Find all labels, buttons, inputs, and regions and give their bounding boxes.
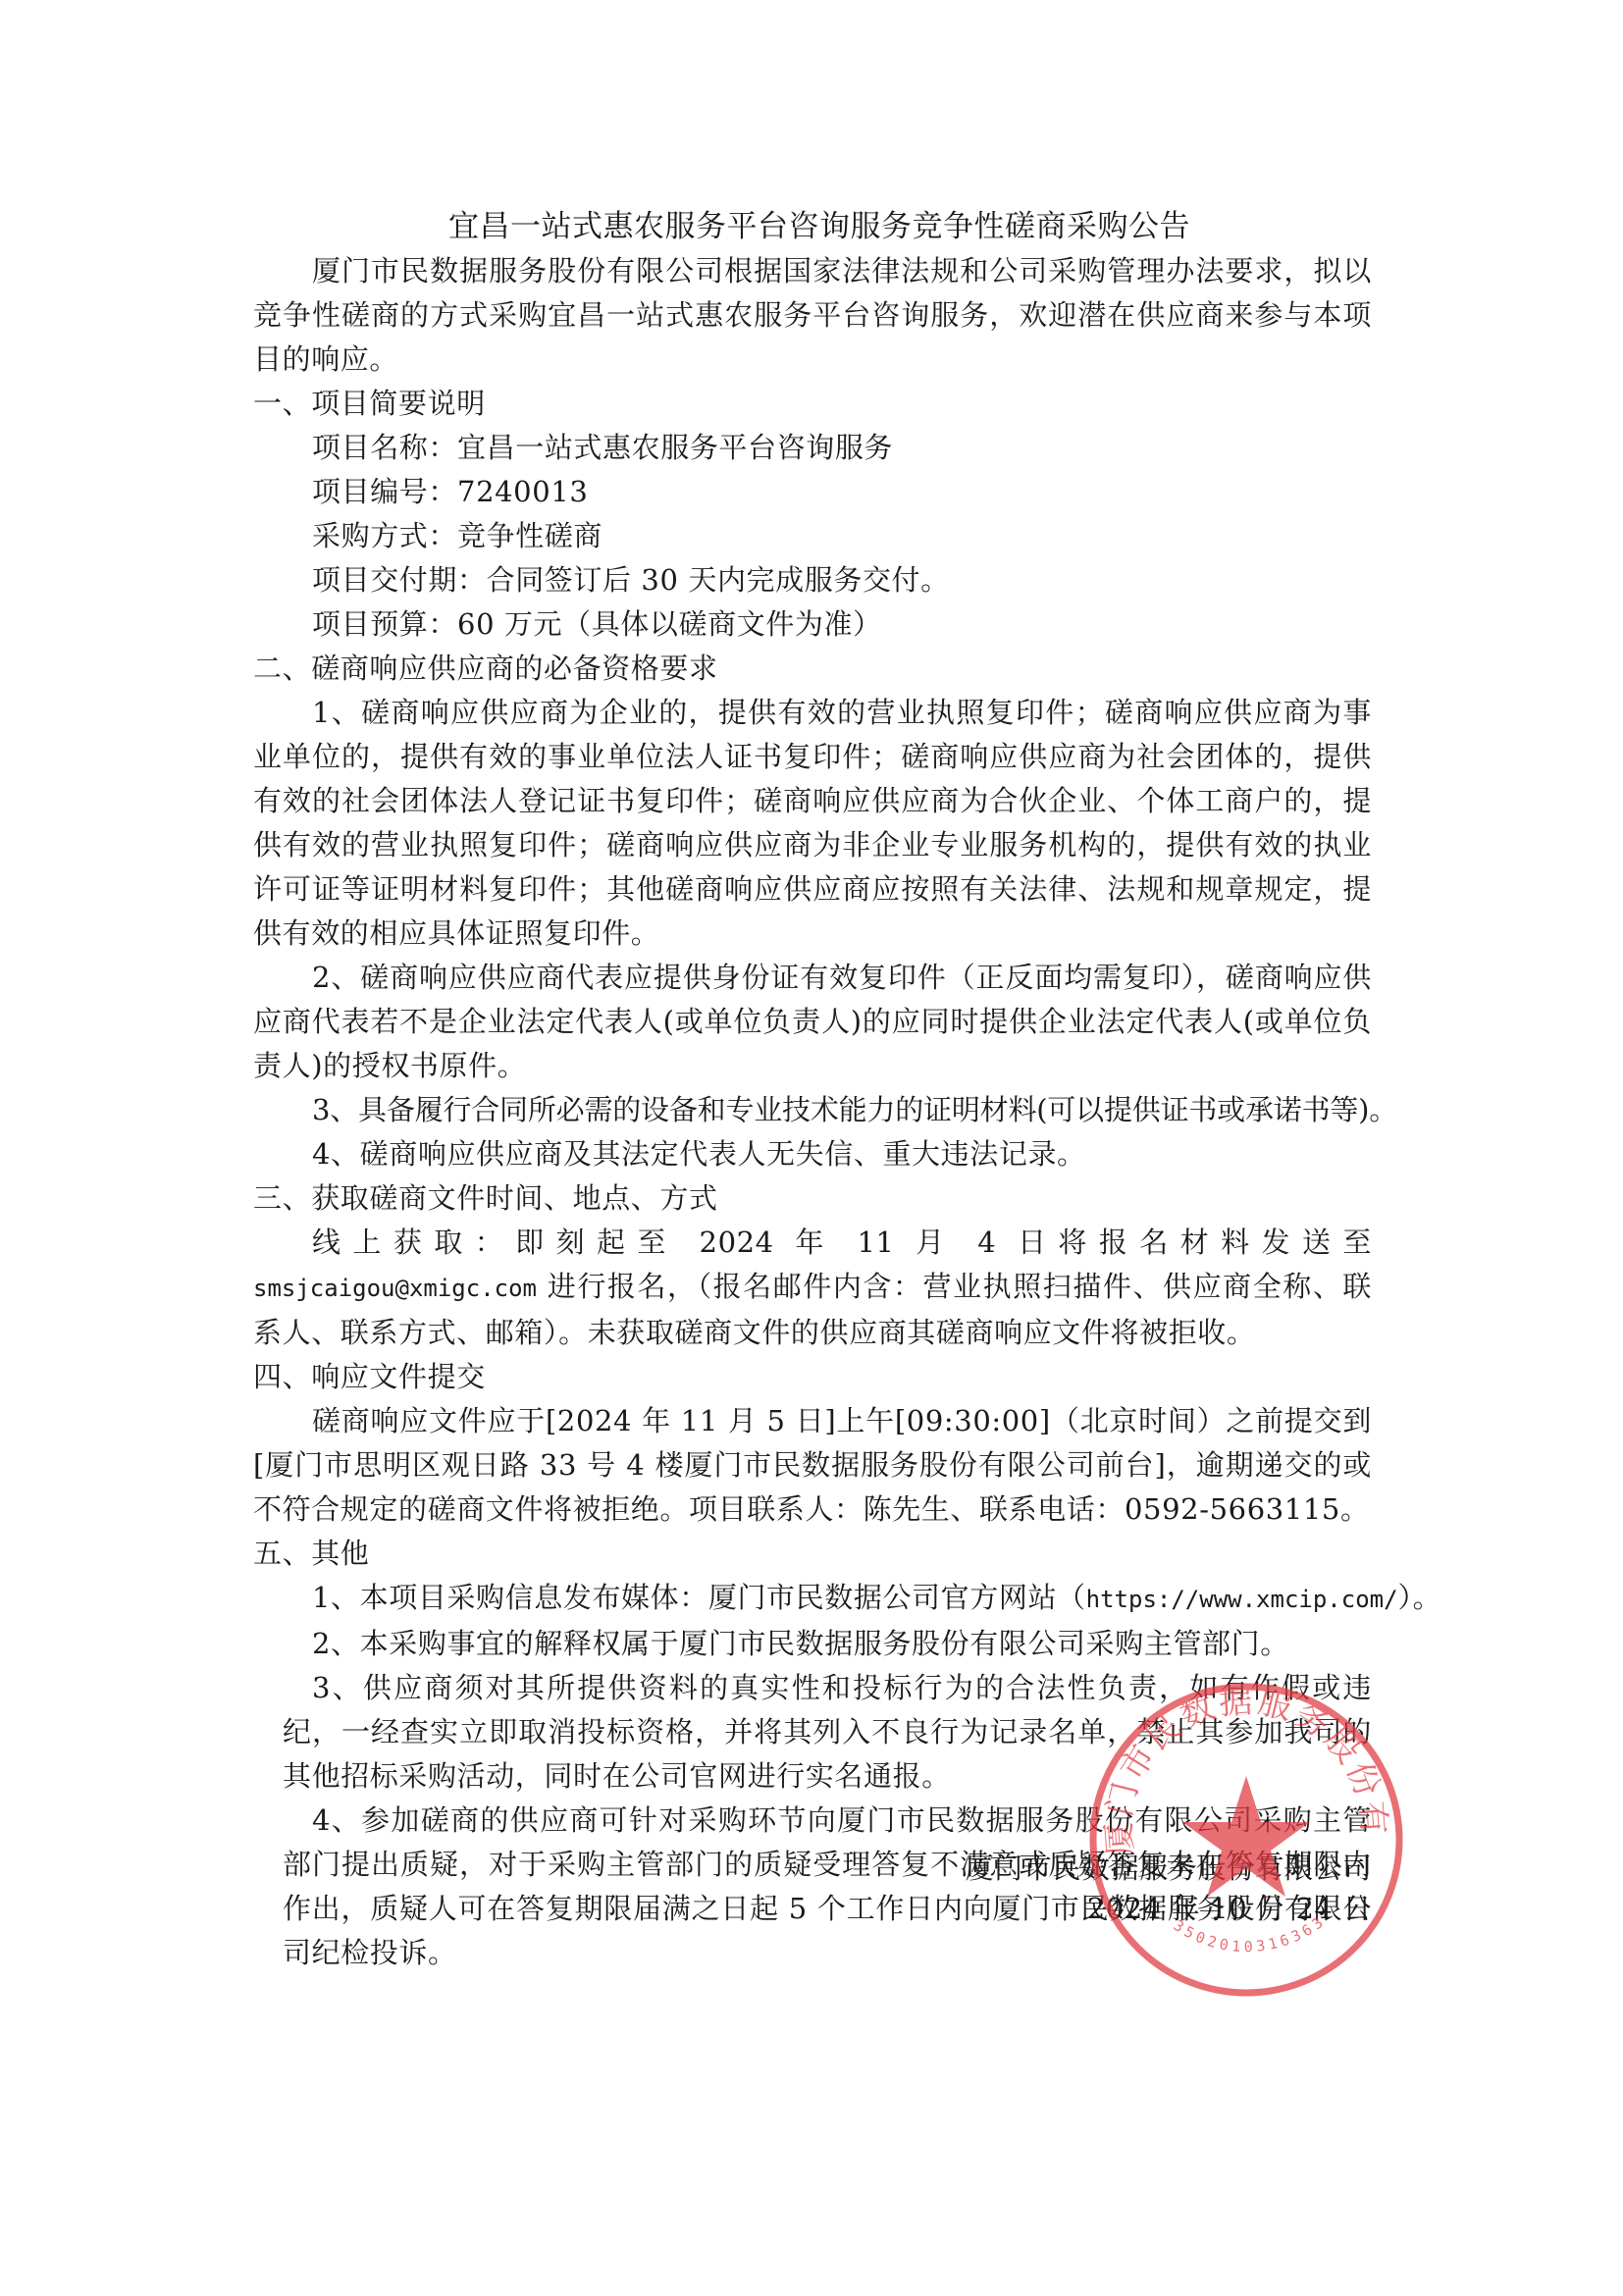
- qualification-item-4: 4、磋商响应供应商及其法定代表人无失信、重大违法记录。: [253, 1132, 1372, 1176]
- signature-company: 厦门市民数据服务股份有限公司: [253, 1850, 1372, 1887]
- obtain-text-prefix: 线上获取：即刻起至 2024 年 11 月 4 日将报名材料发送至: [312, 1226, 1372, 1259]
- qualification-item-3: 3、具备履行合同所必需的设备和专业技术能力的证明材料(可以提供证书或承诺书等)。: [253, 1088, 1372, 1132]
- other-item-1-prefix: 1、本项目采购信息发布媒体：厦门市民数据公司官方网站（: [312, 1581, 1086, 1614]
- field-procurement-method: 采购方式：竞争性磋商: [253, 514, 1372, 558]
- field-value: 宜昌一站式惠农服务平台咨询服务: [457, 431, 893, 464]
- section-heading-3: 三、获取磋商文件时间、地点、方式: [253, 1176, 1372, 1221]
- signature-date: 2024 年 10 月 24 日: [253, 1890, 1372, 1927]
- qualification-item-2: 2、磋商响应供应商代表应提供身份证有效复印件（正反面均需复印），磋商响应供应商代…: [253, 956, 1372, 1088]
- section-heading-4: 四、响应文件提交: [253, 1355, 1372, 1399]
- other-item-2: 2、本采购事宜的解释权属于厦门市民数据服务股份有限公司采购主管部门。: [253, 1622, 1372, 1666]
- field-label: 项目交付期：: [312, 563, 487, 597]
- document-title: 宜昌一站式惠农服务平台咨询服务竞争性磋商采购公告: [267, 204, 1372, 249]
- submission-paragraph: 磋商响应文件应于[2024 年 11 月 5 日]上午[09:30:00]（北京…: [253, 1399, 1372, 1532]
- other-item-1: 1、本项目采购信息发布媒体：厦门市民数据公司官方网站（https://www.x…: [253, 1576, 1372, 1622]
- intro-paragraph: 厦门市民数据服务股份有限公司根据国家法律法规和公司采购管理办法要求，拟以竞争性磋…: [253, 249, 1372, 382]
- section-heading-2: 二、磋商响应供应商的必备资格要求: [253, 647, 1372, 691]
- official-website-link[interactable]: https://www.xmcip.com/: [1086, 1586, 1398, 1613]
- field-value: 60 万元（具体以磋商文件为准）: [457, 607, 882, 641]
- field-value: 竞争性磋商: [457, 519, 602, 552]
- obtain-documents-paragraph: 线上获取：即刻起至 2024 年 11 月 4 日将报名材料发送至 smsjca…: [253, 1221, 1372, 1355]
- other-item-4: 4、参加磋商的供应商可针对采购环节向厦门市民数据服务股份有限公司采购主管部门提出…: [253, 1799, 1372, 1975]
- registration-email-link[interactable]: smsjcaigou@xmigc.com: [253, 1275, 537, 1302]
- field-value: 合同签订后 30 天内完成服务交付。: [487, 563, 950, 597]
- other-item-3: 3、供应商须对其所提供资料的真实性和投标行为的合法性负责，如有作假或违纪，一经查…: [253, 1666, 1372, 1799]
- field-project-name: 项目名称：宜昌一站式惠农服务平台咨询服务: [253, 426, 1372, 470]
- qualification-item-1: 1、磋商响应供应商为企业的，提供有效的营业执照复印件；磋商响应供应商为事业单位的…: [253, 691, 1372, 956]
- field-value: 7240013: [457, 475, 588, 508]
- section-heading-1: 一、项目简要说明: [253, 382, 1372, 426]
- document-page: 宜昌一站式惠农服务平台咨询服务竞争性磋商采购公告 厦门市民数据服务股份有限公司根…: [253, 204, 1372, 1975]
- field-budget: 项目预算：60 万元（具体以磋商文件为准）: [253, 602, 1372, 647]
- field-label: 项目预算：: [312, 607, 457, 641]
- field-delivery-period: 项目交付期：合同签订后 30 天内完成服务交付。: [253, 558, 1372, 602]
- section-heading-5: 五、其他: [253, 1532, 1372, 1576]
- field-project-number: 项目编号：7240013: [253, 470, 1372, 514]
- field-label: 项目编号：: [312, 475, 457, 508]
- other-item-1-suffix: ）。: [1398, 1581, 1442, 1614]
- field-label: 采购方式：: [312, 519, 457, 552]
- field-label: 项目名称：: [312, 431, 457, 464]
